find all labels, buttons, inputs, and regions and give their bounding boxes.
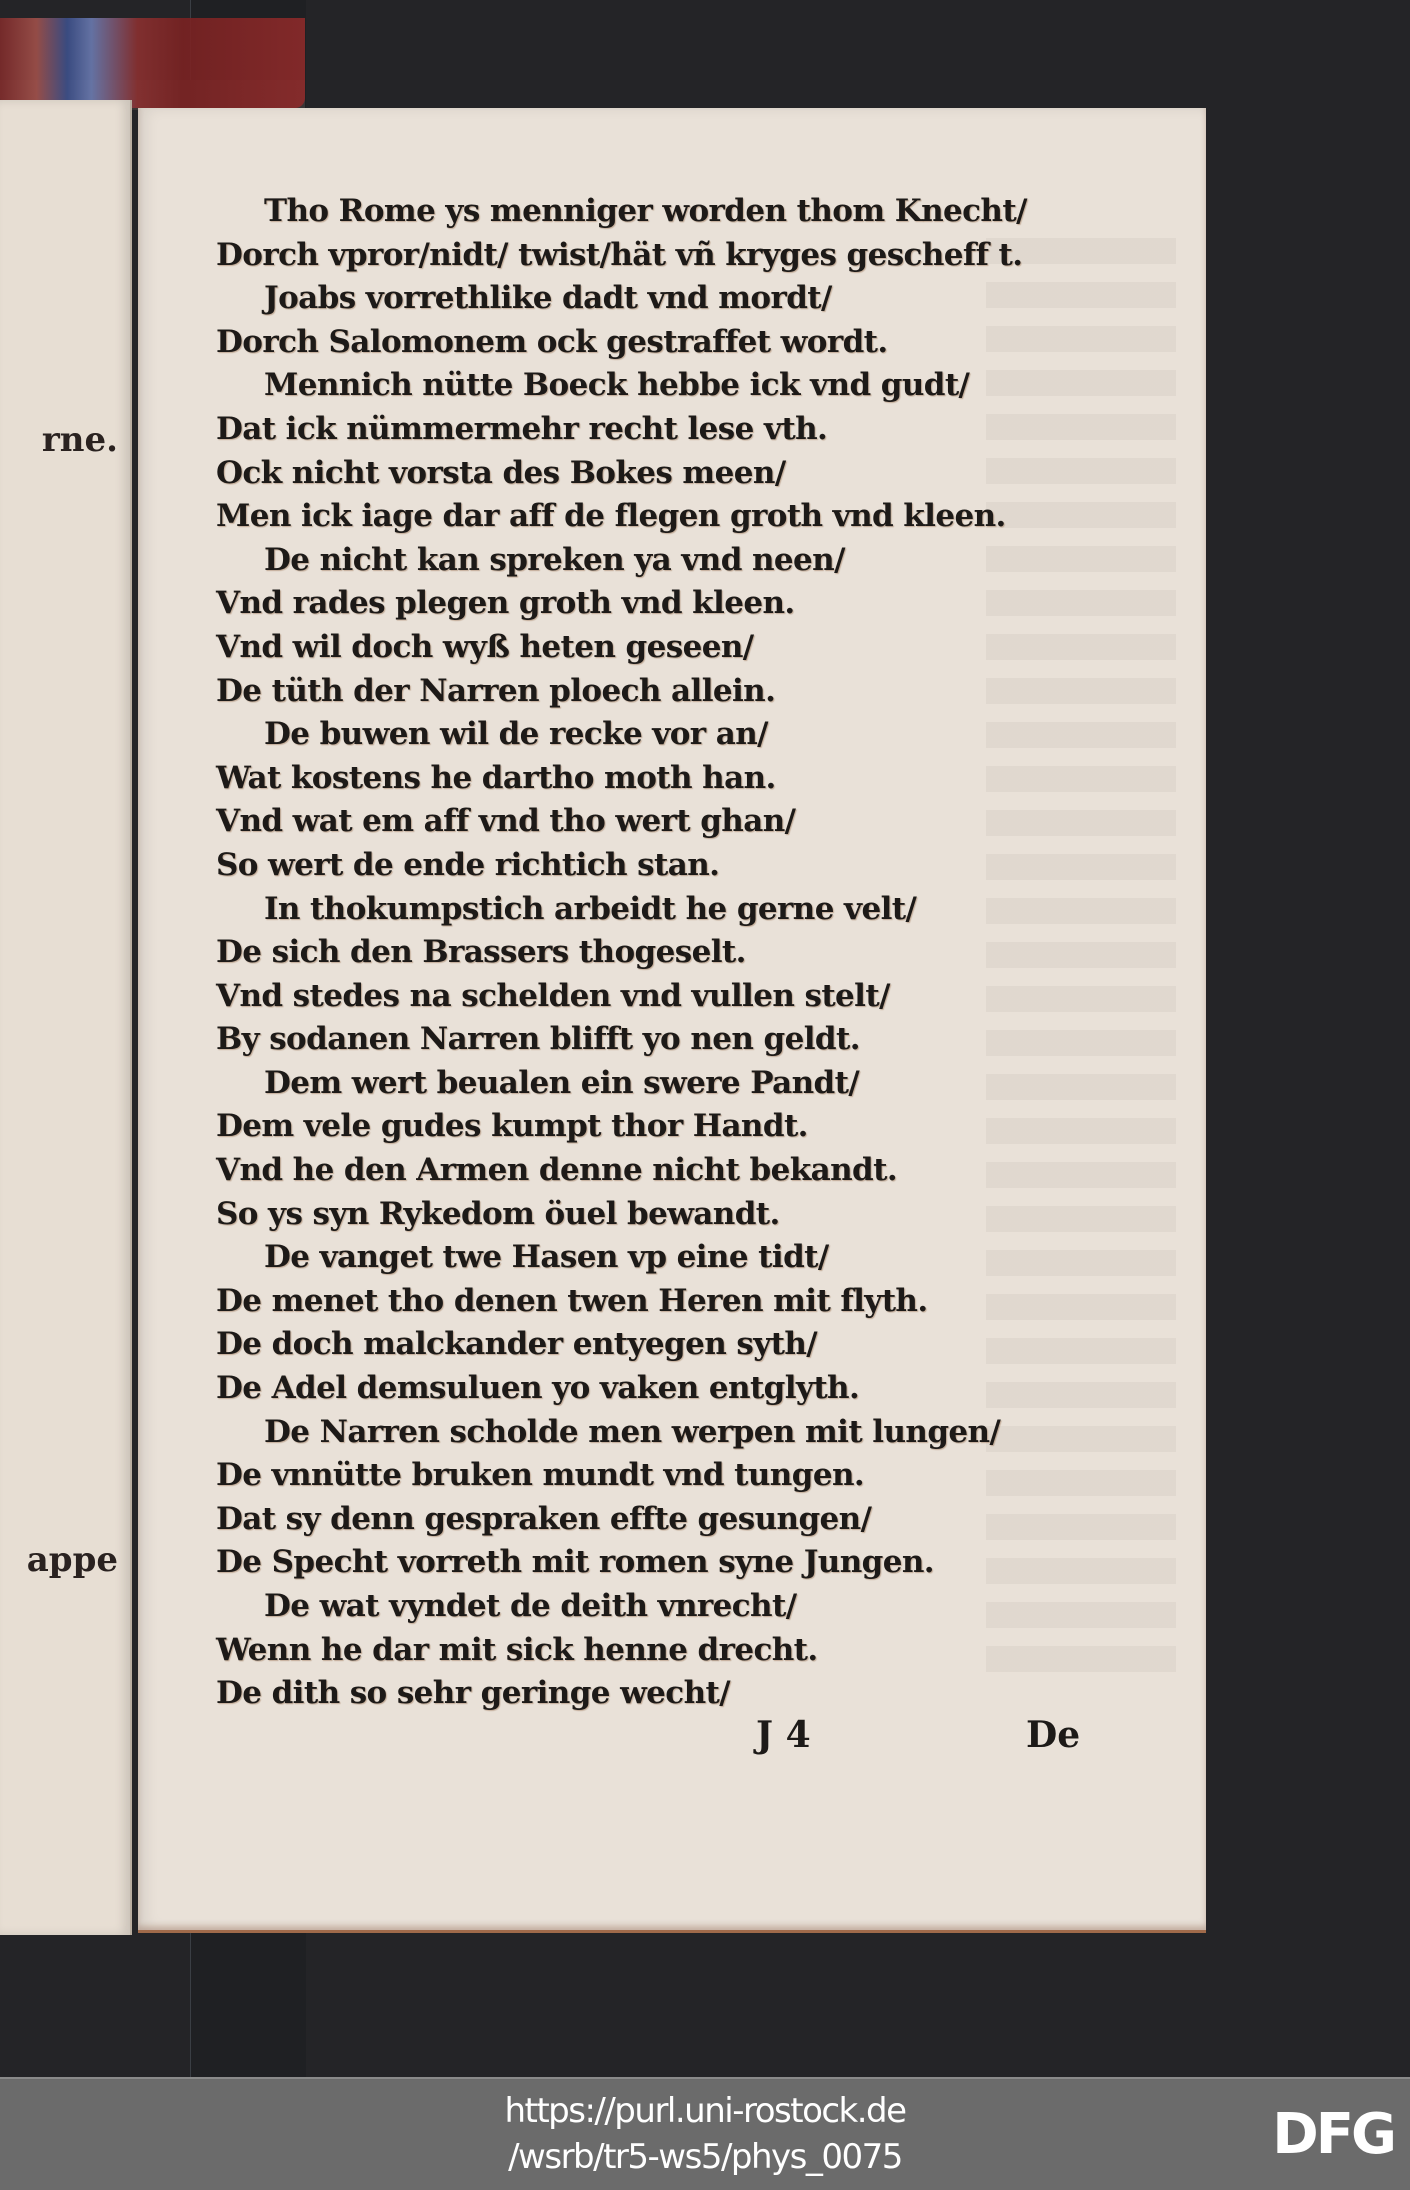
verse-line: De wat vyndet de deith vnrecht/ — [216, 1585, 1116, 1629]
verse-line: De vnnütte bruken mundt vnd tungen. — [216, 1454, 1116, 1498]
verse-line: Wenn he dar mit sick henne drecht. — [216, 1629, 1116, 1673]
verse-line: De dith so sehr geringe wecht/ — [216, 1672, 1116, 1716]
footer-bar: https://purl.uni-rostock.de /wsrb/tr5-ws… — [0, 2077, 1410, 2190]
verse-line: De menet tho denen twen Heren mit flyth. — [216, 1280, 1116, 1324]
verse-line: Joabs vorrethlike dadt vnd mordt/ — [216, 277, 1116, 321]
verse-line: Vnd stedes na schelden vnd vullen stelt/ — [216, 975, 1116, 1019]
scan-image: rne. appe Tho Rome ys menniger worden th… — [0, 0, 1410, 2077]
page-footer-line: J 4 De — [216, 1714, 1116, 1764]
verse-line: Ock nicht vorsta des Bokes meen/ — [216, 452, 1116, 496]
verse-line: De buwen wil de recke vor an/ — [216, 713, 1116, 757]
dfg-logo: DFG — [1254, 2107, 1394, 2163]
persistent-url-line2[interactable]: /wsrb/tr5-ws5/phys_0075 — [0, 2135, 1410, 2179]
verse-line: Vnd rades plegen groth vnd kleen. — [216, 582, 1116, 626]
verse-line: Dat ick nümmermehr recht lese vth. — [216, 408, 1116, 452]
verse-line: In thokumpstich arbeidt he gerne velt/ — [216, 888, 1116, 932]
verse-line: De Adel demsuluen yo vaken entglyth. — [216, 1367, 1116, 1411]
headband — [0, 18, 305, 108]
verse-line: De vanget twe Hasen vp eine tidt/ — [216, 1236, 1116, 1280]
verse-line: Dorch vpror/nidt/ twist/hät vñ kryges ge… — [216, 234, 1116, 278]
verse-line: De Specht vorreth mit romen syne Jungen. — [216, 1541, 1116, 1585]
persistent-url-line1[interactable]: https://purl.uni-rostock.de — [0, 2089, 1410, 2133]
verse-line: De nicht kan spreken ya vnd neen/ — [216, 539, 1116, 583]
verse-line: Vnd wat em aff vnd tho wert ghan/ — [216, 800, 1116, 844]
verse-line: Dem vele gudes kumpt thor Handt. — [216, 1105, 1116, 1149]
verse-line: Men ick iage dar aff de flegen groth vnd… — [216, 495, 1116, 539]
verse-line: De tüth der Narren ploech allein. — [216, 670, 1116, 714]
verse-line: So ys syn Rykedom öuel bewandt. — [216, 1193, 1116, 1237]
left-page-edge: rne. appe — [0, 100, 132, 1935]
verse-line: Wat kostens he dartho moth han. — [216, 757, 1116, 801]
verse-line: So wert de ende richtich stan. — [216, 844, 1116, 888]
verse-line: Dem wert beualen ein swere Pandt/ — [216, 1062, 1116, 1106]
verse-line: Dat sy denn gespraken effte gesungen/ — [216, 1498, 1116, 1542]
verse-line: Mennich nütte Boeck hebbe ick vnd gudt/ — [216, 364, 1116, 408]
catchword: De — [1026, 1714, 1080, 1756]
verse-line: De Narren scholde men werpen mit lungen/ — [216, 1411, 1116, 1455]
verse-line: De sich den Brassers thogeselt. — [216, 931, 1116, 975]
verse-line: Vnd wil doch wyß heten geseen/ — [216, 626, 1116, 670]
verse-line: By sodanen Narren blifft yo nen geldt. — [216, 1018, 1116, 1062]
left-page-fragment: appe — [27, 1540, 118, 1580]
verse-line: Dorch Salomonem ock gestraffet wordt. — [216, 321, 1116, 365]
verse-line: De doch malckander entyegen syth/ — [216, 1323, 1116, 1367]
verse-line: Vnd he den Armen denne nicht bekandt. — [216, 1149, 1116, 1193]
signature-mark: J 4 — [756, 1714, 811, 1756]
right-page: Tho Rome ys menniger worden thom Knecht/… — [138, 108, 1206, 1933]
verse-line: Tho Rome ys menniger worden thom Knecht/ — [216, 190, 1116, 234]
left-page-fragment: rne. — [42, 420, 118, 460]
verse-text: Tho Rome ys menniger worden thom Knecht/… — [216, 190, 1116, 1716]
